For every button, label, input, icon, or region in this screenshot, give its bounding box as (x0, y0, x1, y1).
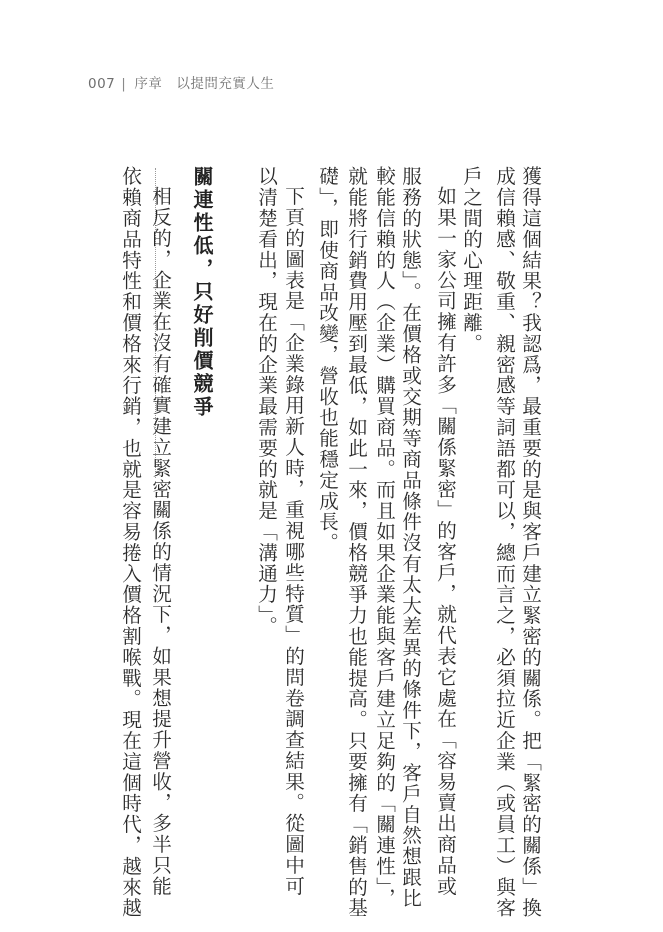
text-column-3: 戶之間的心理距離。 (461, 166, 481, 354)
chapter-title: 以提問充實人生 (176, 76, 274, 92)
text-column-2: 成信賴感、敬重、親密感等詞語都可以，總而言之，必須拉近企業（或員工）與客 (494, 166, 514, 918)
chapter-label: 序章 (134, 76, 162, 92)
text-column-4: 如果一家公司擁有許多「關係緊密」的客戶，就代表它處在「容易賣出商品或 (435, 186, 455, 897)
text-column-5: 服務的狀態」。在價格或交期等商品條件沒有太大差異的條件下，客戶自然想跟比 (400, 166, 420, 909)
section-text-column-2: 依賴商品特性和價格來行銷，也就是容易捲入價格割喉戰。現在這個時代，越來越 (120, 166, 140, 918)
text-column-7: 就能將行銷費用壓到最低，如此一來，價格競爭力也能提高。只要擁有「銷售的基 (346, 166, 366, 918)
separator: | (121, 76, 126, 92)
text-column-1: 獲得這個結果？我認爲，最重要的是與客戶建立緊密的關係。把「緊密的關係」換 (520, 166, 540, 918)
text-column-10: 以清楚看出，現在的企業最需要的就是「溝通力」。 (256, 166, 276, 637)
running-head: 007|序章以提問充實人生 (88, 72, 274, 92)
page-number: 007 (88, 76, 115, 92)
text-column-6: 較能信賴的人（企業）購買商品。而且如果企業能與客戶建立足夠的「關連性」， (374, 166, 394, 909)
text-column-8: 礎」，即使商品改變，營收也能穩定成長。 (317, 166, 337, 553)
text-column-9: 下頁的圖表是「企業錄用新人時，重視哪些特質」的問卷調查結果。從圖中可 (283, 186, 303, 897)
section-text-column-1: 相反的，企業在沒有確實建立緊密關係的情況下，如果想提升營收，多半只能 (150, 186, 170, 897)
section-heading: 關連性低，只好削價競爭 (192, 166, 212, 419)
